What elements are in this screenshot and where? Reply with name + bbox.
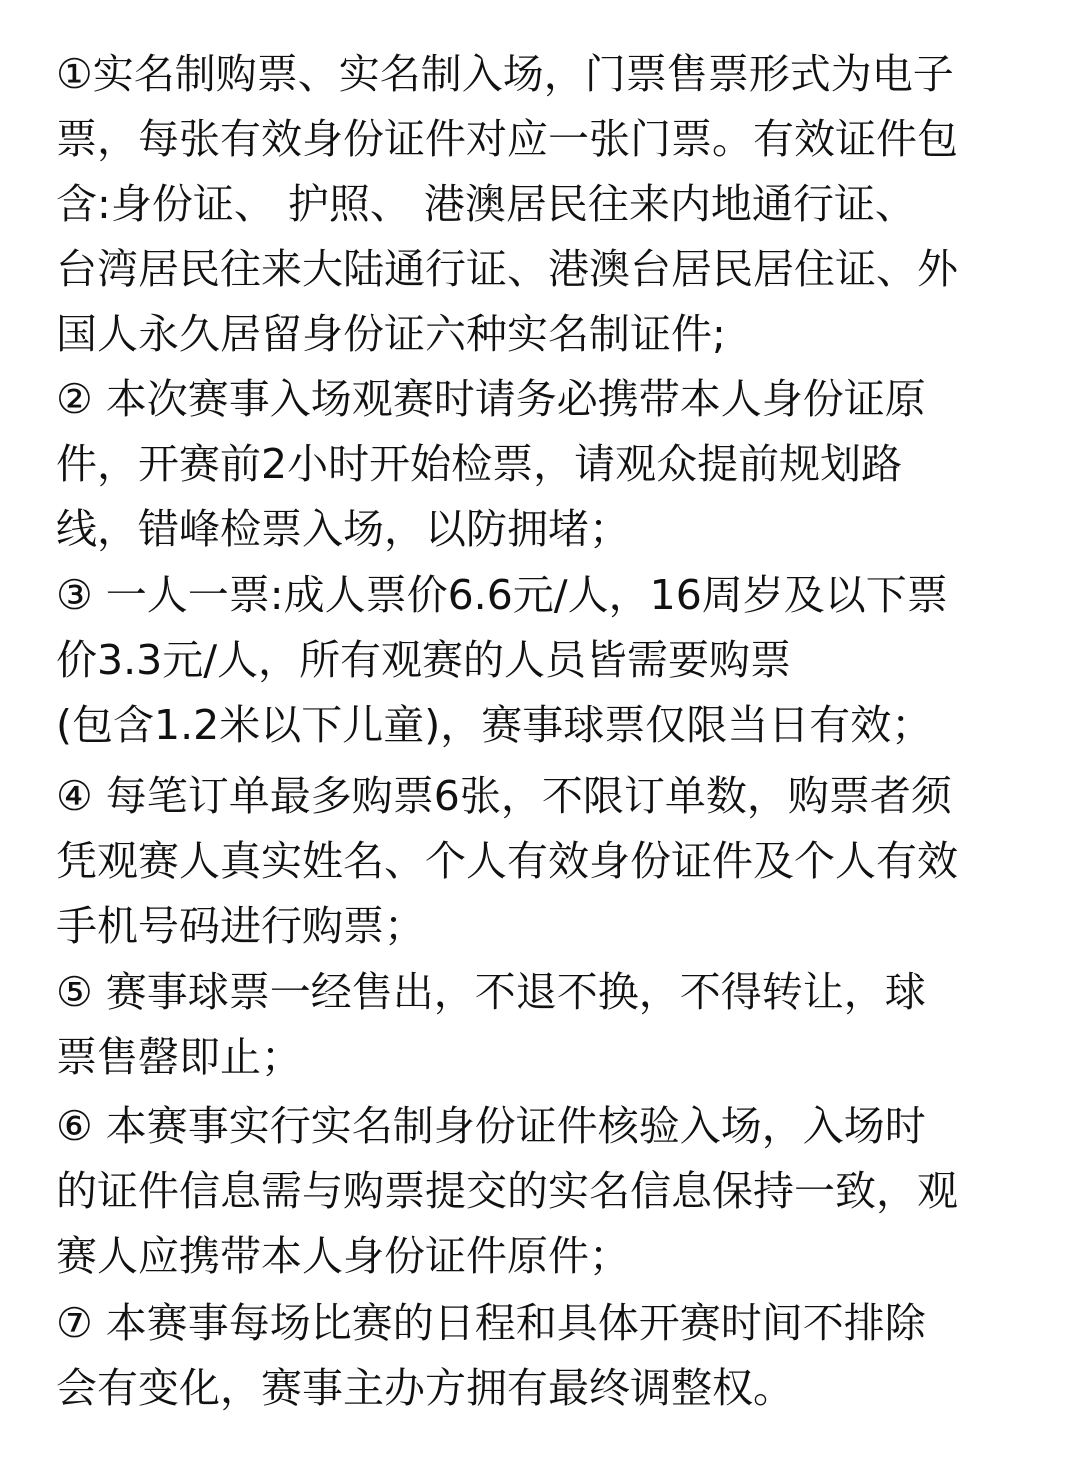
rule-line: ⑦ 本赛事每场比赛的日程和具体开赛时间不排除 [56,1291,1044,1356]
rule-line: 含:身份证、 护照、 港澳居民往来内地通行证、 [56,172,1044,237]
rule-line: 凭观赛人真实姓名、个人有效身份证件及个人有效 [56,829,1044,894]
rule-1-real-name-ticketing: ①实名制购票、实名制入场，门票售票形式为电子 票，每张有效身份证件对应一张门票。… [56,42,1044,367]
rule-line: 价3.3元/人，所有观赛的人员皆需要购票 [56,628,1044,693]
rule-line: 票，每张有效身份证件对应一张门票。有效证件包 [56,107,1044,172]
rule-7-schedule-changes: ⑦ 本赛事每场比赛的日程和具体开赛时间不排除 会有变化，赛事主办方拥有最终调整权… [56,1291,1044,1421]
rule-line: 件，开赛前2小时开始检票，请观众提前规划路 [56,432,1044,497]
rule-5-no-refund: ⑤ 赛事球票一经售出，不退不换，不得转让，球 票售罄即止； [56,960,1044,1090]
rule-line: 票售罄即止； [56,1025,1044,1090]
rule-line: ⑥ 本赛事实行实名制身份证件核验入场，入场时 [56,1094,1044,1159]
rule-line: ② 本次赛事入场观赛时请务必携带本人身份证原 [56,367,1044,432]
rule-line: ①实名制购票、实名制入场，门票售票形式为电子 [56,42,1044,107]
rule-line: 国人永久居留身份证六种实名制证件; [56,302,1044,367]
rule-line: (包含1.2米以下儿童)，赛事球票仅限当日有效； [56,693,1044,758]
rule-line: ④ 每笔订单最多购票6张，不限订单数，购票者须 [56,764,1044,829]
rule-line: ③ 一人一票:成人票价6.6元/人，16周岁及以下票 [56,563,1044,628]
rule-line: 会有变化，赛事主办方拥有最终调整权。 [56,1356,1044,1421]
rule-line: 手机号码进行购票； [56,894,1044,959]
ticket-rules-document: ①实名制购票、实名制入场，门票售票形式为电子 票，每张有效身份证件对应一张门票。… [0,0,1080,1468]
rule-3-ticket-price: ③ 一人一票:成人票价6.6元/人，16周岁及以下票 价3.3元/人，所有观赛的… [56,563,1044,758]
rule-line: 台湾居民往来大陆通行证、港澳台居民居住证、外 [56,237,1044,302]
rule-line: 赛人应携带本人身份证件原件； [56,1224,1044,1289]
rule-line: 线，错峰检票入场，以防拥堵； [56,497,1044,562]
rule-line: 的证件信息需与购票提交的实名信息保持一致，观 [56,1159,1044,1224]
rule-6-id-verification: ⑥ 本赛事实行实名制身份证件核验入场，入场时 的证件信息需与购票提交的实名信息保… [56,1094,1044,1289]
rule-4-order-limit: ④ 每笔订单最多购票6张，不限订单数，购票者须 凭观赛人真实姓名、个人有效身份证… [56,764,1044,959]
rule-line: ⑤ 赛事球票一经售出，不退不换，不得转让，球 [56,960,1044,1025]
rule-2-bring-id: ② 本次赛事入场观赛时请务必携带本人身份证原 件，开赛前2小时开始检票，请观众提… [56,367,1044,562]
